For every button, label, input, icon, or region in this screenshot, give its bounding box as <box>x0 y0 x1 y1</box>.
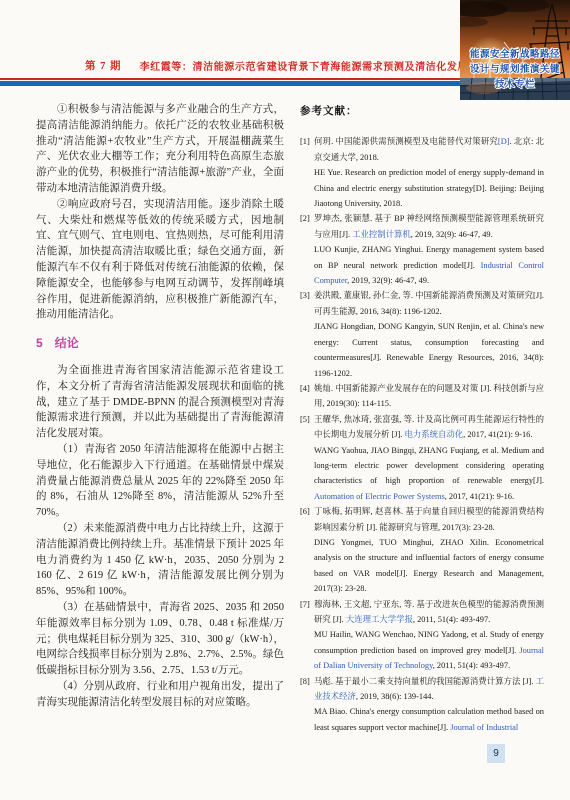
references-heading: 参考文献： <box>300 104 544 119</box>
reference-item: [3]姜洪殿, 董康银, 孙仁金, 等. 中国新能源消费预测及对策研究[J]. … <box>300 288 544 380</box>
reference-segment: 丁咏梅, 拓明辉, 赵喜林. 基于向量自回归模型的能源消费结构影响因素分析 [J… <box>314 507 544 531</box>
reference-zh-text: 马彪. 基于最小二乘支持向量机的我国能源消费计算方法 [J]. 工业技术经济, … <box>314 674 544 705</box>
reference-en-text: JIANG Hongdian, DONG Kangyin, SUN Renjin… <box>314 319 544 381</box>
issue-label: 第 7 期 <box>85 58 122 73</box>
conclusion-paragraph: （1）青海省 2050 年清洁能源将在能源中占据主导地位，化石能源步入下行通道。… <box>36 442 284 521</box>
reference-segment: JIANG Hongdian, DONG Kangyin, SUN Renjin… <box>314 322 544 377</box>
reference-item: [6]丁咏梅, 拓明辉, 赵喜林. 基于向量自回归模型的能源消费结构影响因素分析… <box>300 504 544 596</box>
banner-line-2: 设计与规划推演关键 <box>460 62 570 77</box>
reference-segment: , 2017, 41(21): 9-16. <box>463 430 532 439</box>
conclusion-paragraph: 为全面推进青海省国家清洁能源示范省建设工作，本文分析了青海省清洁能源发展现状和面… <box>36 363 284 442</box>
journal-link[interactable]: 工业控制计算机 <box>352 230 411 239</box>
left-column: ①积极参与清洁能源与多产业融合的生产方式，提高清洁能源消纳能力。依托广泛的农牧业… <box>36 102 284 710</box>
reference-segment: 何玥. 中国能源供需预测模型及电能替代对策研究 <box>314 137 498 146</box>
reference-item: [1]何玥. 中国能源供需预测模型及电能替代对策研究[D]. 北京: 北京交通大… <box>300 134 544 211</box>
reference-item: [5]王耀华, 焦冰琦, 张富强, 等. 计及高比例可再生能源运行特性的中长期电… <box>300 412 544 504</box>
conclusion-paragraph: （2）未来能源消费中电力占比持续上升，这源于清洁能源消费比例持续上升。基准情景下… <box>36 521 284 600</box>
reference-segment: , 2019, 38(6): 139-144. <box>356 692 434 701</box>
section-heading-conclusion: 5结论 <box>36 336 284 352</box>
journal-link[interactable]: [D] <box>498 137 510 146</box>
running-title: 李红霞等：清洁能源示范省建设背景下青海能源需求预测及清洁化发展对策 <box>140 58 490 73</box>
reference-number: [2] <box>300 211 310 226</box>
reference-segment: , 2019, 32(9): 46-47, 49. <box>411 230 493 239</box>
reference-zh-text: 姜洪殿, 董康银, 孙仁金, 等. 中国新能源消费预测及对策研究[J]. 可再生… <box>314 288 544 319</box>
column-banner-image: 能源安全新战略路径 设计与规划推演关键 技术专栏 <box>460 0 570 100</box>
reference-en-text: LUO Kunjie, ZHANG Yinghui. Energy manage… <box>314 242 544 288</box>
journal-page: 第 7 期 李红霞等：清洁能源示范省建设背景下青海能源需求预测及清洁化发展对策 <box>0 0 570 800</box>
reference-number: [1] <box>300 134 310 149</box>
reference-en-text: HE Yue. Research on prediction model of … <box>314 165 544 211</box>
body-paragraph: ①积极参与清洁能源与多产业融合的生产方式，提高清洁能源消纳能力。依托广泛的农牧业… <box>36 102 284 197</box>
banner-line-3: 技术专栏 <box>460 77 570 92</box>
reference-segment: HE Yue. Research on prediction model of … <box>314 168 544 208</box>
reference-zh-text: 何玥. 中国能源供需预测模型及电能替代对策研究[D]. 北京: 北京交通大学, … <box>314 134 544 165</box>
reference-number: [4] <box>300 381 310 396</box>
reference-zh-text: 丁咏梅, 拓明辉, 赵喜林. 基于向量自回归模型的能源消费结构影响因素分析 [J… <box>314 504 544 535</box>
section-number: 5 <box>36 336 43 350</box>
reference-segment: WANG Yaohua, JIAO Bingqi, ZHANG Fuqiang,… <box>314 446 544 486</box>
reference-item: [4]姚灿. 中国新能源产业发展存在的问题及对策 [J]. 科技创新与应用, 2… <box>300 381 544 412</box>
reference-item: [2]罗坤杰, 张颖慧. 基于 BP 神经网络预测模型能源管理系统研究与应用[J… <box>300 211 544 288</box>
journal-link[interactable]: Journal of Industrial <box>450 723 518 732</box>
banner-line-1: 能源安全新战略路径 <box>460 47 570 62</box>
journal-link[interactable]: 电力系统自动化 <box>405 430 464 439</box>
page-number: 9 <box>487 744 505 763</box>
conclusion-paragraph: （3）在基础情景中，青海省 2025、2035 和 2050 年能源效率目标分别… <box>36 600 284 679</box>
references-column: 参考文献： [1]何玥. 中国能源供需预测模型及电能替代对策研究[D]. 北京:… <box>300 104 544 735</box>
reference-list: [1]何玥. 中国能源供需预测模型及电能替代对策研究[D]. 北京: 北京交通大… <box>300 134 544 735</box>
journal-link[interactable]: 大连理工大学学报 <box>346 615 413 624</box>
column-banner-text: 能源安全新战略路径 设计与规划推演关键 技术专栏 <box>460 47 570 92</box>
reference-en-text: WANG Yaohua, JIAO Bingqi, ZHANG Fuqiang,… <box>314 443 544 505</box>
header-divider-red-line <box>0 78 461 80</box>
conclusion-paragraph: （4）分别从政府、行业和用户视角出发，提出了青海实现能源清洁化转型发展目标的对应… <box>36 679 284 711</box>
running-header: 第 7 期 李红霞等：清洁能源示范省建设背景下青海能源需求预测及清洁化发展对策 <box>0 58 460 73</box>
reference-en-text: MA Biao. China's energy consumption calc… <box>314 704 544 735</box>
reference-zh-text: 罗坤杰, 张颖慧. 基于 BP 神经网络预测模型能源管理系统研究与应用[J]. … <box>314 211 544 242</box>
reference-number: [7] <box>300 597 310 612</box>
section-title: 结论 <box>55 336 79 350</box>
reference-number: [3] <box>300 288 310 303</box>
reference-segment: 马彪. 基于最小二乘支持向量机的我国能源消费计算方法 [J]. <box>314 677 536 686</box>
reference-item: [7]穆海林, 王文超, 宁亚东, 等. 基于改进灰色模型的能源消费预测研究 [… <box>300 597 544 674</box>
reference-zh-text: 王耀华, 焦冰琦, 张富强, 等. 计及高比例可再生能源运行特性的中长期电力发展… <box>314 412 544 443</box>
reference-segment: MU Hailin, WANG Wenchao, NING Yadong, et… <box>314 630 544 654</box>
reference-zh-text: 穆海林, 王文超, 宁亚东, 等. 基于改进灰色模型的能源消费预测研究 [J].… <box>314 597 544 628</box>
reference-segment: , 2017, 41(21): 9-16. <box>445 492 514 501</box>
reference-item: [8]马彪. 基于最小二乘支持向量机的我国能源消费计算方法 [J]. 工业技术经… <box>300 674 544 736</box>
header-divider <box>0 78 461 86</box>
reference-segment: DING Yongmei, TUO Minghui, ZHAO Xilin. E… <box>314 538 544 593</box>
reference-en-text: DING Yongmei, TUO Minghui, ZHAO Xilin. E… <box>314 535 544 597</box>
reference-en-text: MU Hailin, WANG Wenchao, NING Yadong, et… <box>314 627 544 673</box>
reference-segment: 姜洪殿, 董康银, 孙仁金, 等. 中国新能源消费预测及对策研究[J]. 可再生… <box>314 291 544 315</box>
body-paragraph: ②响应政府号召，实现清洁用能。逐步消除土暖气、大柴灶和燃煤等低效的传统采暖方式，… <box>36 197 284 323</box>
journal-link[interactable]: Automation of Electric Power Systems <box>314 492 445 501</box>
reference-segment: 姚灿. 中国新能源产业发展存在的问题及对策 [J]. 科技创新与应用, 2019… <box>314 384 544 408</box>
reference-number: [6] <box>300 504 310 519</box>
reference-segment: , 2011, 51(4): 493-497. <box>413 615 490 624</box>
reference-zh-text: 姚灿. 中国新能源产业发展存在的问题及对策 [J]. 科技创新与应用, 2019… <box>314 381 544 412</box>
reference-segment: , 2019, 32(9): 46-47, 49. <box>347 276 429 285</box>
header-divider-blue-line <box>0 81 461 86</box>
reference-segment: , 2011, 51(4): 493-497. <box>433 661 510 670</box>
reference-number: [5] <box>300 412 310 427</box>
reference-number: [8] <box>300 674 310 689</box>
